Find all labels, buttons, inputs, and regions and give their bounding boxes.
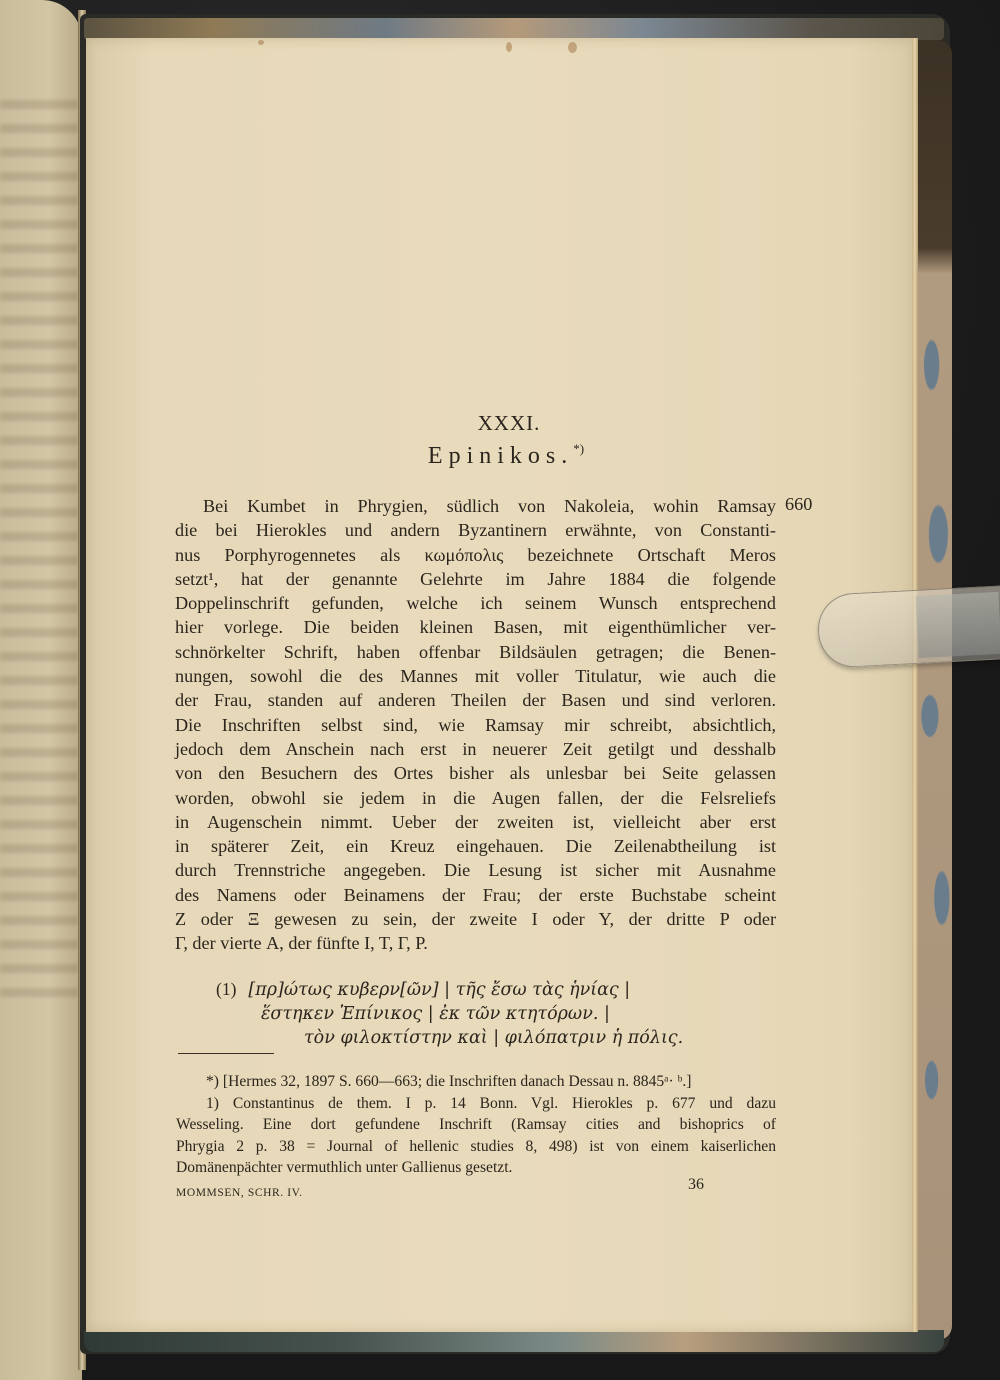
text-line: setzt¹, hat der genannte Gelehrte im Jah… bbox=[175, 567, 776, 591]
cover-top-edge bbox=[84, 18, 944, 40]
greek-inscription: (1)[πρ]ώτως κυβερν[ῶν] | τῆς ἔσω τὰς ἡνί… bbox=[216, 977, 683, 1051]
book-page: XXXI. Epinikos.*) 660 Bei Kumbet in Phry… bbox=[86, 38, 916, 1332]
text-line: nus Porphyrogennetes als κωμόπολις bezei… bbox=[175, 543, 776, 567]
text-line: des Namens oder Beinamens der Frau; der … bbox=[175, 883, 776, 907]
footnote-line: Phrygia 2 p. 38 = Journal of hellenic st… bbox=[176, 1136, 776, 1158]
text-line: Bei Kumbet in Phrygien, südlich von Nako… bbox=[175, 494, 776, 518]
footnote-line: Wesseling. Eine dort gefundene Inschrift… bbox=[176, 1114, 776, 1136]
footnote-marker: *) bbox=[573, 441, 584, 456]
text-line: nungen, sowohl die des Mannes mit voller… bbox=[175, 664, 776, 688]
margin-page-number: 660 bbox=[785, 494, 812, 515]
chapter-title: Epinikos.*) bbox=[86, 441, 916, 470]
text-line: Z oder Ξ gewesen zu sein, der zweite I o… bbox=[175, 907, 776, 931]
footnote-line: 1) Constantinus de them. I p. 14 Bonn. V… bbox=[176, 1093, 776, 1115]
inscription-line: τὸν φιλοκτίστην καὶ | φιλόπατριν ἡ πόλις… bbox=[216, 1026, 683, 1051]
text-line: worden, obwohl sie jedem in die Augen fa… bbox=[175, 786, 776, 810]
inscription-text: [πρ]ώτως κυβερν[ῶν] | τῆς ἔσω τὰς ἡνίας … bbox=[248, 980, 630, 1000]
text-line: die bei Hierokles und andern Byzantinern… bbox=[175, 518, 776, 542]
body-paragraph: Bei Kumbet in Phrygien, südlich von Nako… bbox=[175, 494, 776, 956]
text-line: durch Trennstriche angegeben. Die Lesung… bbox=[175, 858, 776, 882]
inscription-line: (1)[πρ]ώτως κυβερν[ῶν] | τῆς ἔσω τὰς ἡνί… bbox=[216, 977, 683, 1002]
footnotes: *) [Hermes 32, 1897 S. 660—663; die Insc… bbox=[176, 1071, 776, 1179]
footnote-divider bbox=[178, 1053, 274, 1054]
footnote-line: *) [Hermes 32, 1897 S. 660—663; die Insc… bbox=[176, 1071, 776, 1093]
inscription-number: (1) bbox=[216, 979, 236, 999]
text-line: Die Inschriften selbst sind, wie Ramsay … bbox=[175, 713, 776, 737]
chapter-title-text: Epinikos. bbox=[428, 443, 573, 469]
marbled-cover-edge bbox=[918, 40, 952, 1340]
text-line: jedoch dem Anschein nach erst in neuerer… bbox=[175, 737, 776, 761]
text-line: der Frau, standen auf anderen Theilen de… bbox=[175, 688, 776, 712]
footnote-line: Domänenpächter vermuthlich unter Gallien… bbox=[176, 1157, 776, 1179]
text-line: in Augenschein nimmt. Ueber der zweiten … bbox=[175, 810, 776, 834]
page-fore-edge bbox=[912, 38, 918, 1332]
clear-bookmark-clip[interactable] bbox=[816, 585, 1000, 669]
sheet-number: 36 bbox=[688, 1176, 704, 1194]
blurred-facing-text bbox=[0, 100, 78, 1000]
text-line: von den Besuchern des Ortes bisher als u… bbox=[175, 761, 776, 785]
chapter-number: XXXI. bbox=[86, 411, 916, 436]
facing-left-page bbox=[0, 0, 82, 1380]
inscription-line: ἕστηκεν Ἐπίνικος | ἐκ τῶν κτητόρων. | bbox=[216, 1002, 683, 1027]
text-line: schnörkelter Schrift, haben offenbar Bil… bbox=[175, 640, 776, 664]
text-line: in späterer Zeit, ein Kreuz eingehauen. … bbox=[175, 834, 776, 858]
printer-signature: MOMMSEN, SCHR. IV. bbox=[176, 1187, 303, 1199]
text-line: Doppelinschrift gefunden, welche ich sei… bbox=[175, 591, 776, 615]
page-content: XXXI. Epinikos.*) 660 Bei Kumbet in Phry… bbox=[86, 38, 916, 1332]
text-line: hier vorlege. Die beiden kleinen Basen, … bbox=[175, 615, 776, 639]
text-line: Γ, der vierte Α, der fünfte I, T, Γ, P. bbox=[175, 931, 776, 955]
cover-bottom-edge bbox=[84, 1330, 944, 1352]
